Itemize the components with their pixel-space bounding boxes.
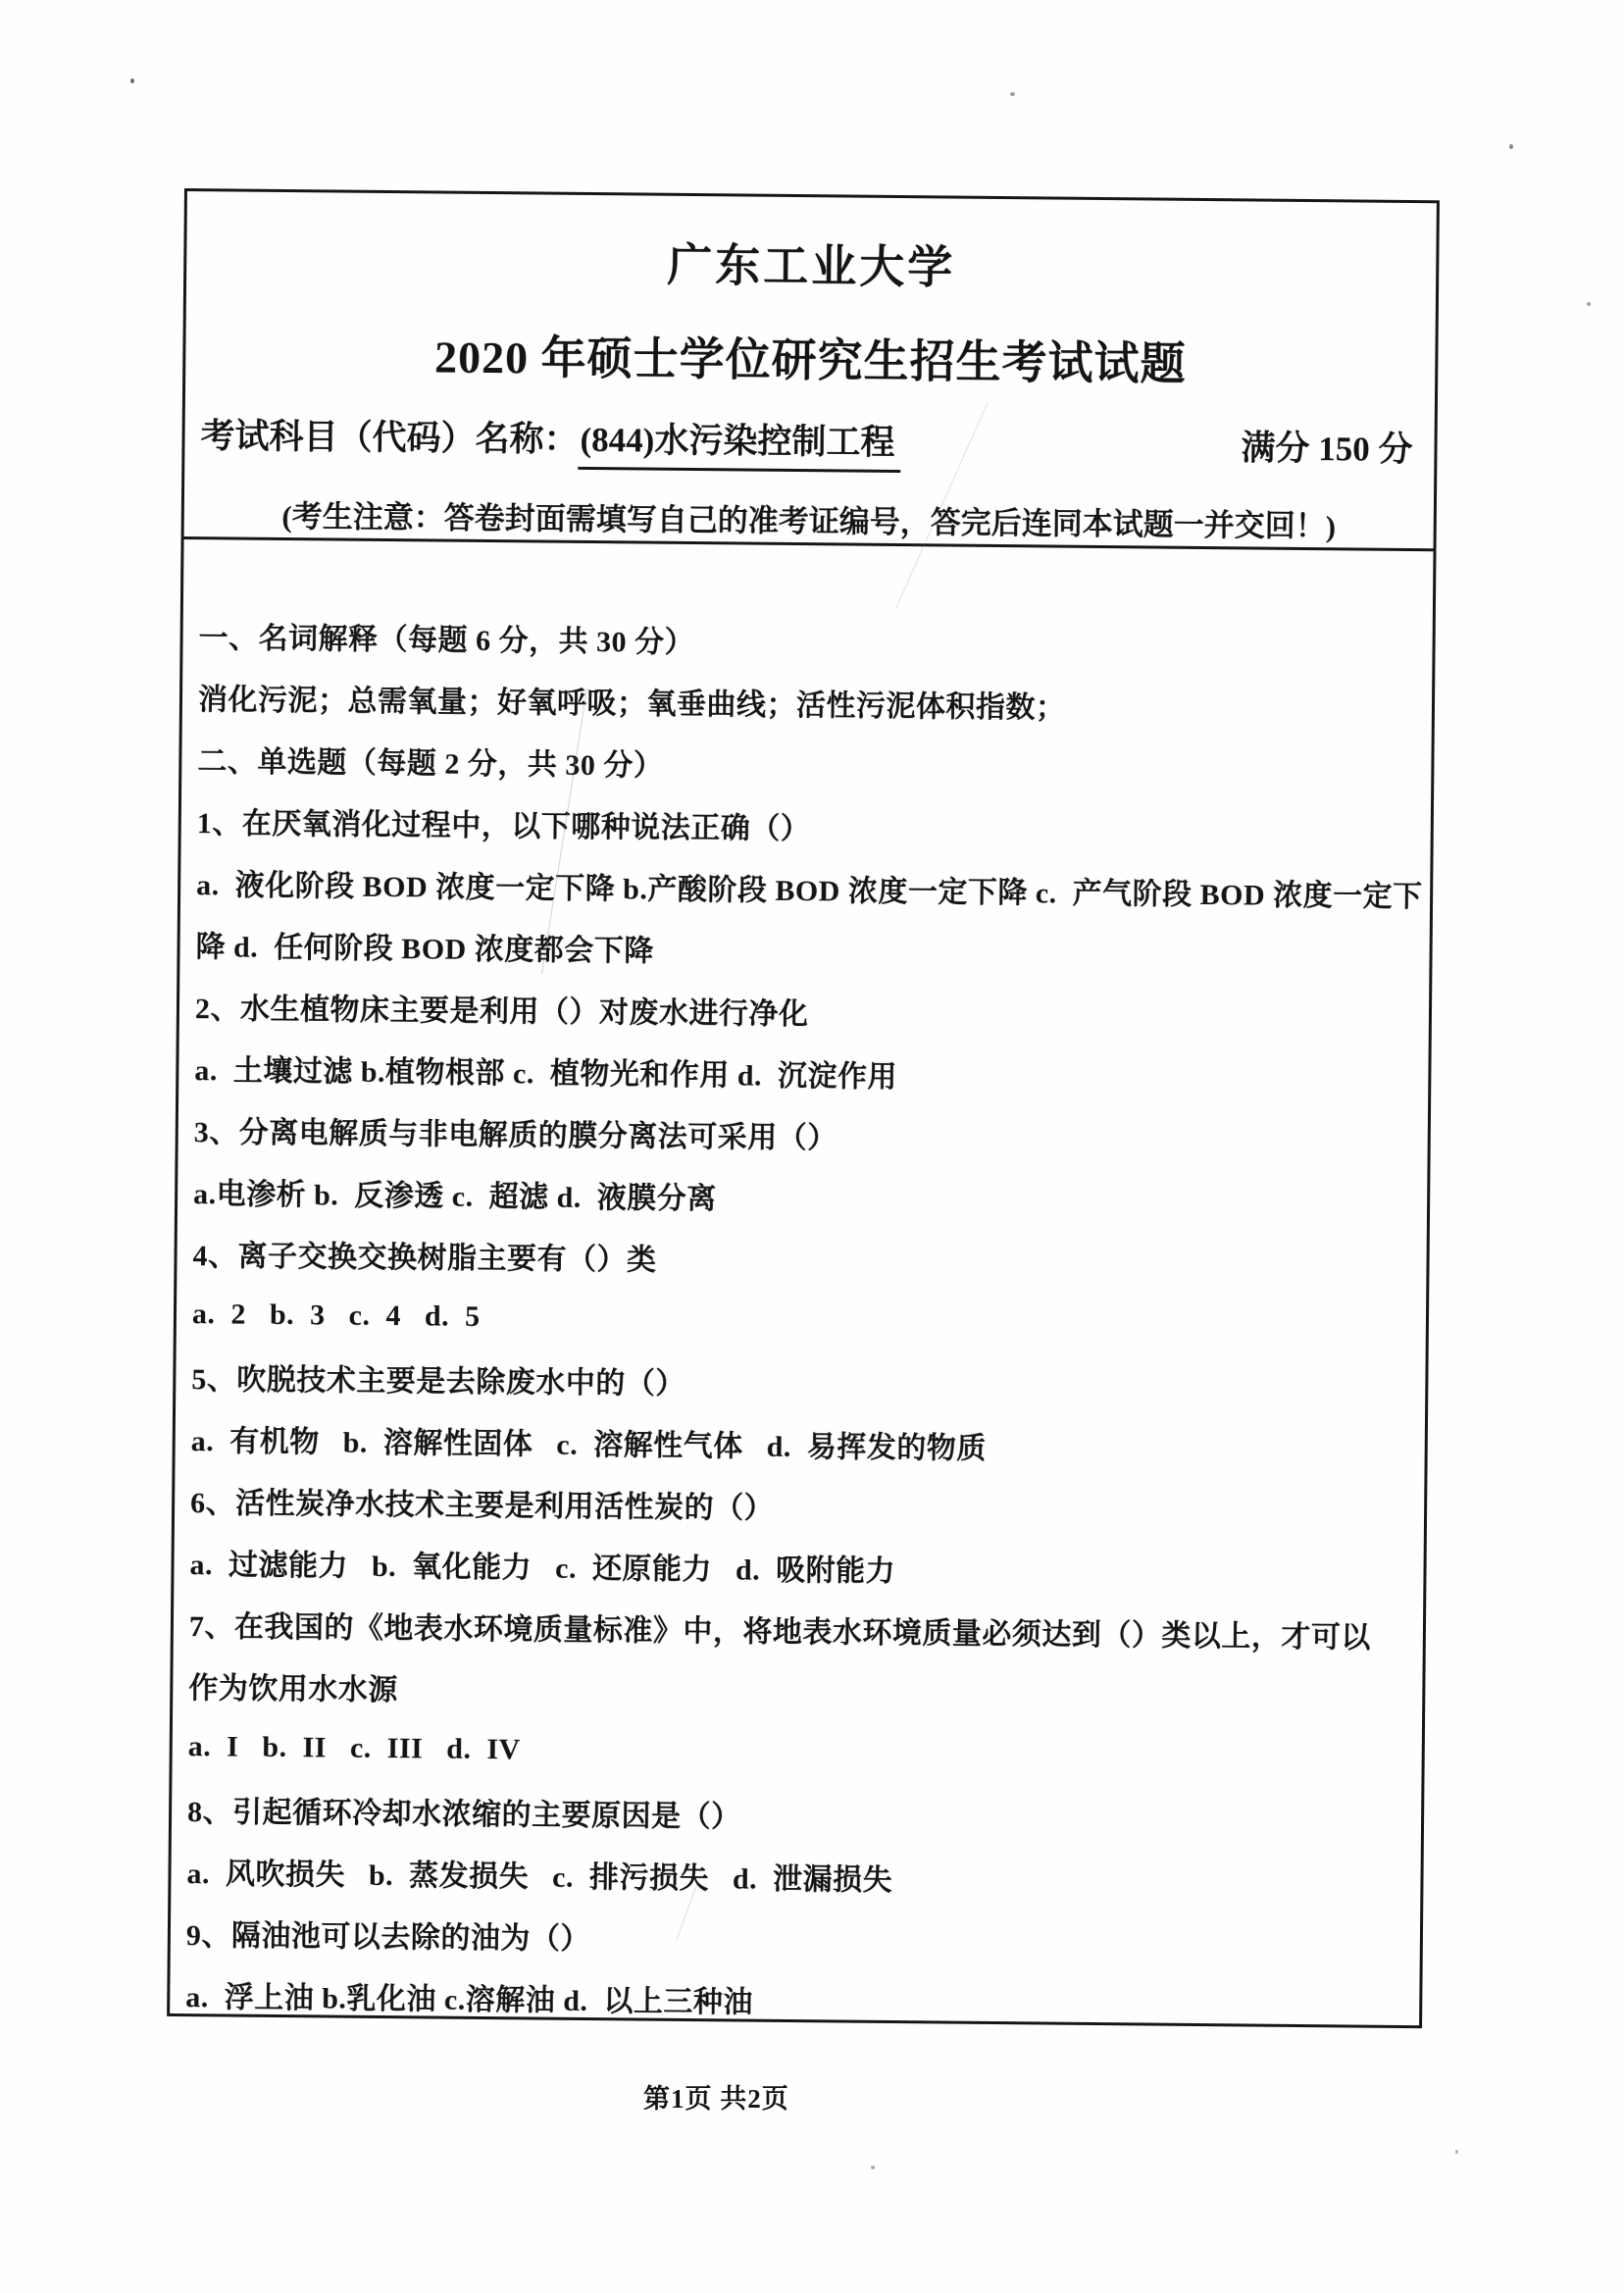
q2-stem: 2、水生植物床主要是利用（）对废水进行净化 [195,974,1428,1047]
q1-stem: 1、在厌氧消化过程中，以下哪种说法正确（） [197,789,1430,862]
q8-options: a. 风吹损失 b. 蒸发损失 c. 排污损失 d. 泄漏损失 [186,1839,1419,1912]
scan-speckle [1455,2150,1458,2154]
q7-stem: 7、在我国的《地表水环境质量标准》中，将地表水环境质量必须达到（）类以上，才可以 [189,1592,1422,1665]
q6-options: a. 过滤能力 b. 氧化能力 c. 还原能力 d. 吸附能力 [189,1530,1422,1604]
university-title: 广东工业大学 [186,225,1437,301]
q9-stem: 9、隔油池可以去除的油为（） [186,1901,1419,1974]
q9-options: a. 浮上油 b.乳化油 c.溶解油 d. 以上三种油 [185,1962,1418,2036]
scan-speckle [1509,144,1513,149]
full-score-note: 满分 150 分 [1241,419,1413,472]
q2-options: a. 土壤过滤 b.植物根部 c. 植物光和作用 d. 沉淀作用 [194,1036,1427,1109]
scan-speckle [1010,92,1015,96]
q1-options-part1: a. 液化阶段 BOD 浓度一定下降 b.产酸阶段 BOD 浓度一定下降 c. … [196,850,1429,924]
q6-stem: 6、活性炭净水技术主要是利用活性炭的（） [190,1468,1423,1542]
q4-stem: 4、离子交换交换树脂主要有（）类 [192,1221,1425,1295]
exam-border-box: 广东工业大学 2020 年硕士学位研究生招生考试试题 考试科目（代码）名称：(8… [167,188,1440,2028]
scan-speckle [871,2166,875,2169]
q1-options-part2: 降 d. 任何阶段 BOD 浓度都会下降 [195,912,1428,986]
q7-options: a. I b. II c. III d. IV [187,1715,1420,1789]
q5-stem: 5、吹脱技术主要是去除废水中的（） [191,1345,1424,1418]
scan-speckle [1587,302,1591,306]
q3-options: a.电渗析 b. 反渗透 c. 超滤 d. 液膜分离 [193,1159,1426,1233]
subject-row: 考试科目（代码）名称：(844)水污染控制工程 满分 150 分 [200,409,1412,478]
section-1-heading: 一、名词解释（每题 6 分，共 30 分） [198,603,1431,677]
q3-stem: 3、分离电解质与非电解质的膜分离法可采用（） [193,1097,1426,1171]
section-1-terms: 消化污泥；总需氧量；好氧呼吸；氧垂曲线；活性污泥体积指数； [198,665,1431,739]
scanned-exam-page: 广东工业大学 2020 年硕士学位研究生招生考试试题 考试科目（代码）名称：(8… [0,0,1624,2293]
page-number-footer: 第1页 共2页 [643,2077,789,2115]
q4-options: a. 2 b. 3 c. 4 d. 5 [192,1283,1425,1356]
exam-body: 一、名词解释（每题 6 分，共 30 分） 消化污泥；总需氧量；好氧呼吸；氧垂曲… [185,603,1431,2036]
q8-stem: 8、引起循环冷却水浓缩的主要原因是（） [187,1777,1420,1851]
exam-title: 2020 年硕士学位研究生招生考试试题 [185,319,1436,395]
q5-options: a. 有机物 b. 溶解性固体 c. 溶解性气体 d. 易挥发的物质 [190,1406,1423,1480]
section-2-heading: 二、单选题（每题 2 分，共 30 分） [197,727,1430,800]
subject-code-name: (844)水污染控制工程 [578,413,900,473]
subject-label: 考试科目（代码）名称： [200,409,578,462]
scan-speckle [130,78,134,83]
q7-stem-cont: 作为饮用水水源 [188,1654,1421,1727]
